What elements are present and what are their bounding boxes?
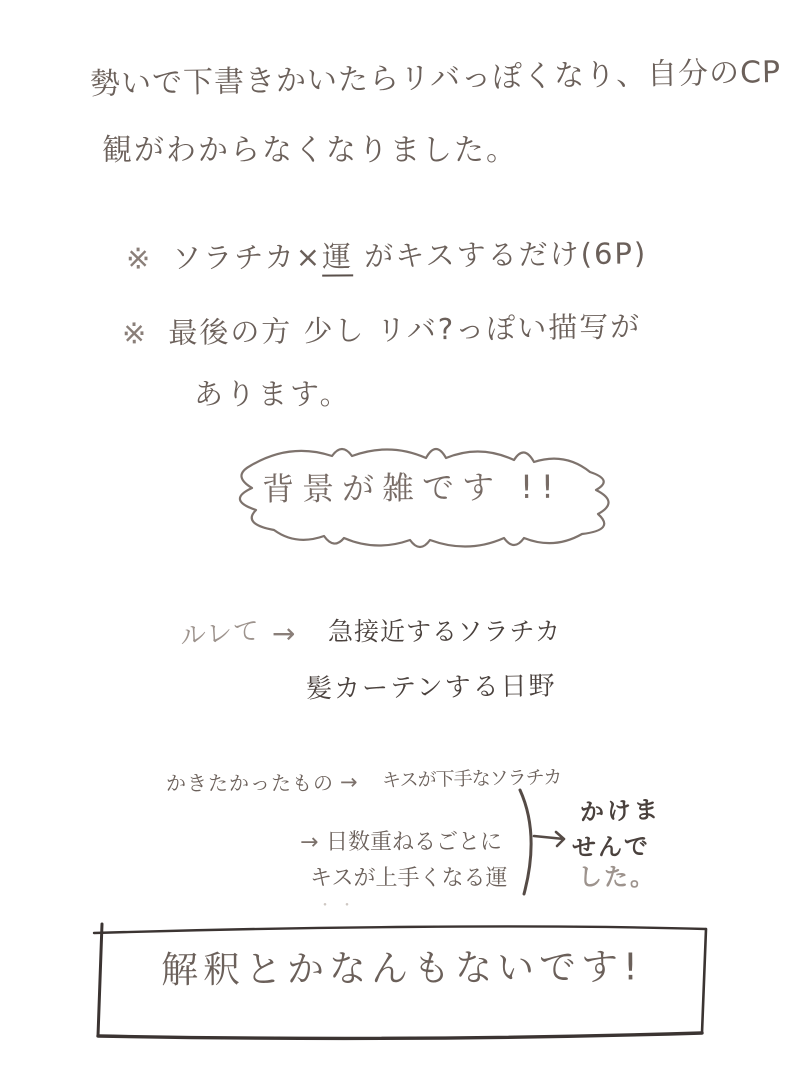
intro-line-1: 勢いで下書きかいたらリバっぽくなり、自分のCP xyxy=(90,56,782,103)
right-arrow-icon: → xyxy=(272,618,295,650)
wanted-item-2-line-1: 日数重ねるごとに xyxy=(326,830,502,855)
wanted-item-2-line-2: キスが上手くなる運 xyxy=(310,866,508,891)
note1-post: がキスするだけ(6P) xyxy=(353,236,648,273)
result-line-2: せんで xyxy=(572,833,650,862)
right-arrow-icon: → xyxy=(340,770,358,794)
result-line-3: した。 xyxy=(578,864,656,892)
result-line-1: かけま xyxy=(580,797,662,827)
handwritten-note-page: 勢いで下書きかいたらリバっぽくなり、自分のCP 観がわからなくなりました。 ※ソ… xyxy=(0,0,800,1066)
note1-underlined-word: 運 xyxy=(322,239,353,276)
footer-text: 解釈とかなんもないです! xyxy=(96,946,708,993)
note2-text: 最後の方 少し リバ?っぽい描写が xyxy=(168,309,641,350)
roulette-label: ルレて xyxy=(179,617,261,652)
note-line-2: ※最後の方 少し リバ?っぽい描写が xyxy=(122,310,642,351)
bubble-text: 背景が雑です !! xyxy=(262,469,562,508)
note1-pre: ソラチカ× xyxy=(172,240,322,276)
note-line-1: ※ソラチカ×運 がキスするだけ(6P) xyxy=(126,237,648,276)
brace-and-arrow-icon xyxy=(512,788,576,902)
reference-mark-icon: ※ xyxy=(122,317,149,351)
wanted-label: かきたかったもの xyxy=(166,772,334,795)
roulette-prompt-1: 急接近するソラチカ xyxy=(328,618,561,647)
roulette-prompt-2: 髪カーテンする日野 xyxy=(306,672,557,705)
intro-line-2: 観がわからなくなりました。 xyxy=(102,134,518,169)
reference-mark-icon: ※ xyxy=(126,242,153,276)
note-line-2-continued: あります。 xyxy=(194,378,352,411)
right-arrow-icon: → xyxy=(300,830,318,855)
faint-dots: ・・ xyxy=(318,898,362,914)
